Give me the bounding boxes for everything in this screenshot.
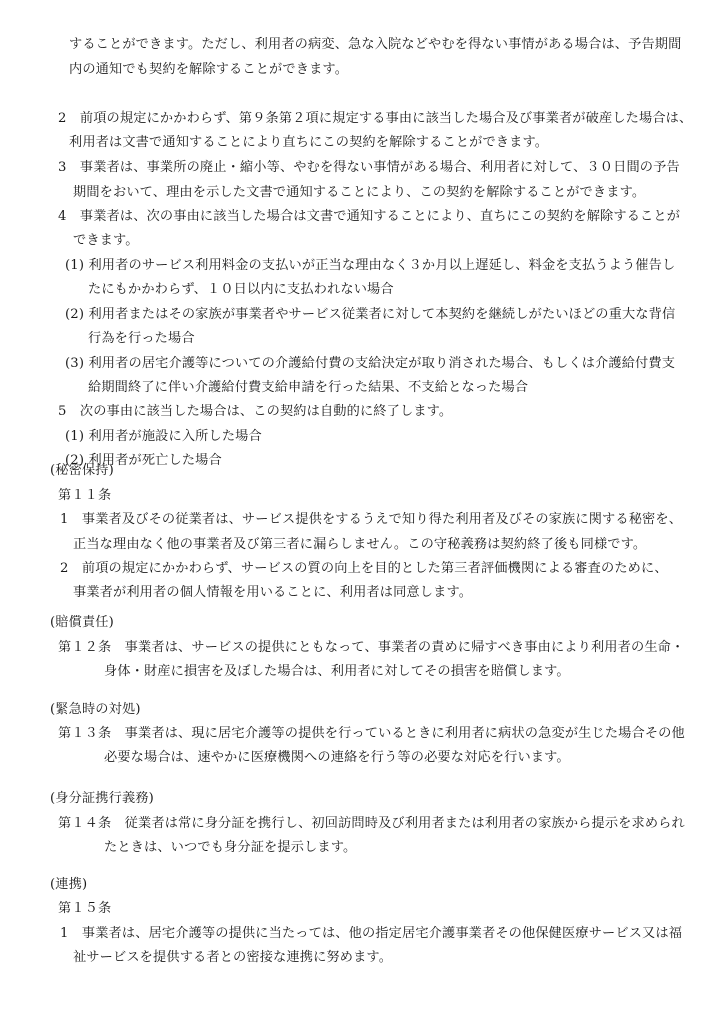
- text-line: 4 事業者は、次の事由に該当した場合は文書で通知することにより、直ちにこの契約を…: [58, 208, 680, 226]
- text-line: 行為を行った場合: [88, 330, 195, 348]
- section-heading: (秘密保持): [50, 462, 114, 480]
- text-line: 第１２条 事業者は、サービスの提供にともなって、事業者の責めに帰すべき事由により…: [58, 639, 684, 657]
- article-title: 第１１条: [58, 487, 111, 505]
- text-line: 内の通知でも契約を解除することができます。: [69, 61, 348, 79]
- text-line: 正当な理由なく他の事業者及び第三者に漏らしません。この守秘義務は契約終了後も同様…: [73, 536, 646, 554]
- document-page: することができます。ただし、利用者の病変、急な入院などやむを得ない事情がある場合…: [0, 0, 724, 1024]
- text-line: 期間をおいて、理由を示した文書で通知することにより、この契約を解除することができ…: [73, 184, 645, 202]
- text-line: 5 次の事由に該当した場合は、この契約は自動的に終了します。: [58, 403, 452, 421]
- text-line: (1) 利用者のサービス利用料金の支払いが正当な理由なく３か月以上遅延し、料金を…: [65, 257, 675, 275]
- text-line: することができます。ただし、利用者の病変、急な入院などやむを得ない事情がある場合…: [69, 36, 681, 54]
- text-line: 祉サービスを提供する者との密接な連携に努めます。: [73, 949, 392, 967]
- text-line: 第１３条 事業者は、現に居宅介護等の提供を行っているときに利用者に病状の急変が生…: [58, 725, 685, 743]
- text-line: たにもかかわらず、１０日以内に支払われない場合: [88, 281, 394, 299]
- section-heading: (身分証携行義務): [50, 790, 154, 808]
- text-line: 事業者が利用者の個人情報を用いることに、利用者は同意します。: [73, 584, 472, 602]
- text-line: 1 事業者は、居宅介護等の提供に当たっては、他の指定居宅介護事業者その他保健医療…: [60, 925, 682, 943]
- text-line: 第１４条 従業者は常に身分証を携行し、初回訪問時及び利用者または利用者の家族から…: [58, 815, 685, 833]
- text-line: (1) 利用者が施設に入所した場合: [65, 428, 262, 446]
- section-heading: (賠償責任): [50, 614, 114, 632]
- text-line: (2) 利用者またはその家族が事業者やサービス従業者に対して本契約を継続しがたい…: [65, 306, 675, 324]
- text-line: 1 事業者及びその従業者は、サービス提供をするうえで知り得た利用者及びその家族に…: [60, 511, 682, 529]
- section-heading: (緊急時の対処): [50, 701, 141, 719]
- text-line: 利用者は文書で通知することにより直ちにこの契約を解除することができます。: [69, 134, 548, 152]
- text-line: 3 事業者は、事業所の廃止・縮小等、やむを得ない事情がある場合、利用者に対して、…: [58, 159, 680, 177]
- text-line: (3) 利用者の居宅介護等についての介護給付費の支給決定が取り消された場合、もし…: [65, 355, 675, 373]
- text-line: たときは、いつでも身分証を提示します。: [104, 839, 356, 857]
- text-line: 必要な場合は、速やかに医療機関への連絡を行う等の必要な対応を行います。: [104, 749, 570, 767]
- text-line: 給期間終了に伴い介護給付費支給申請を行った結果、不支給となった場合: [88, 379, 528, 397]
- text-line: 2 前項の規定にかかわらず、サービスの質の向上を目的とした第三者評価機関による審…: [60, 560, 668, 578]
- section-heading: (連携): [50, 876, 87, 894]
- text-line: できます。: [73, 232, 139, 250]
- article-title: 第１５条: [58, 900, 111, 918]
- text-line: 2 前項の規定にかかわらず、第９条第２項に規定する事由に該当した場合及び事業者が…: [58, 110, 692, 128]
- text-line: 身体・財産に損害を及ぼした場合は、利用者に対してその損害を賠償します。: [104, 663, 570, 681]
